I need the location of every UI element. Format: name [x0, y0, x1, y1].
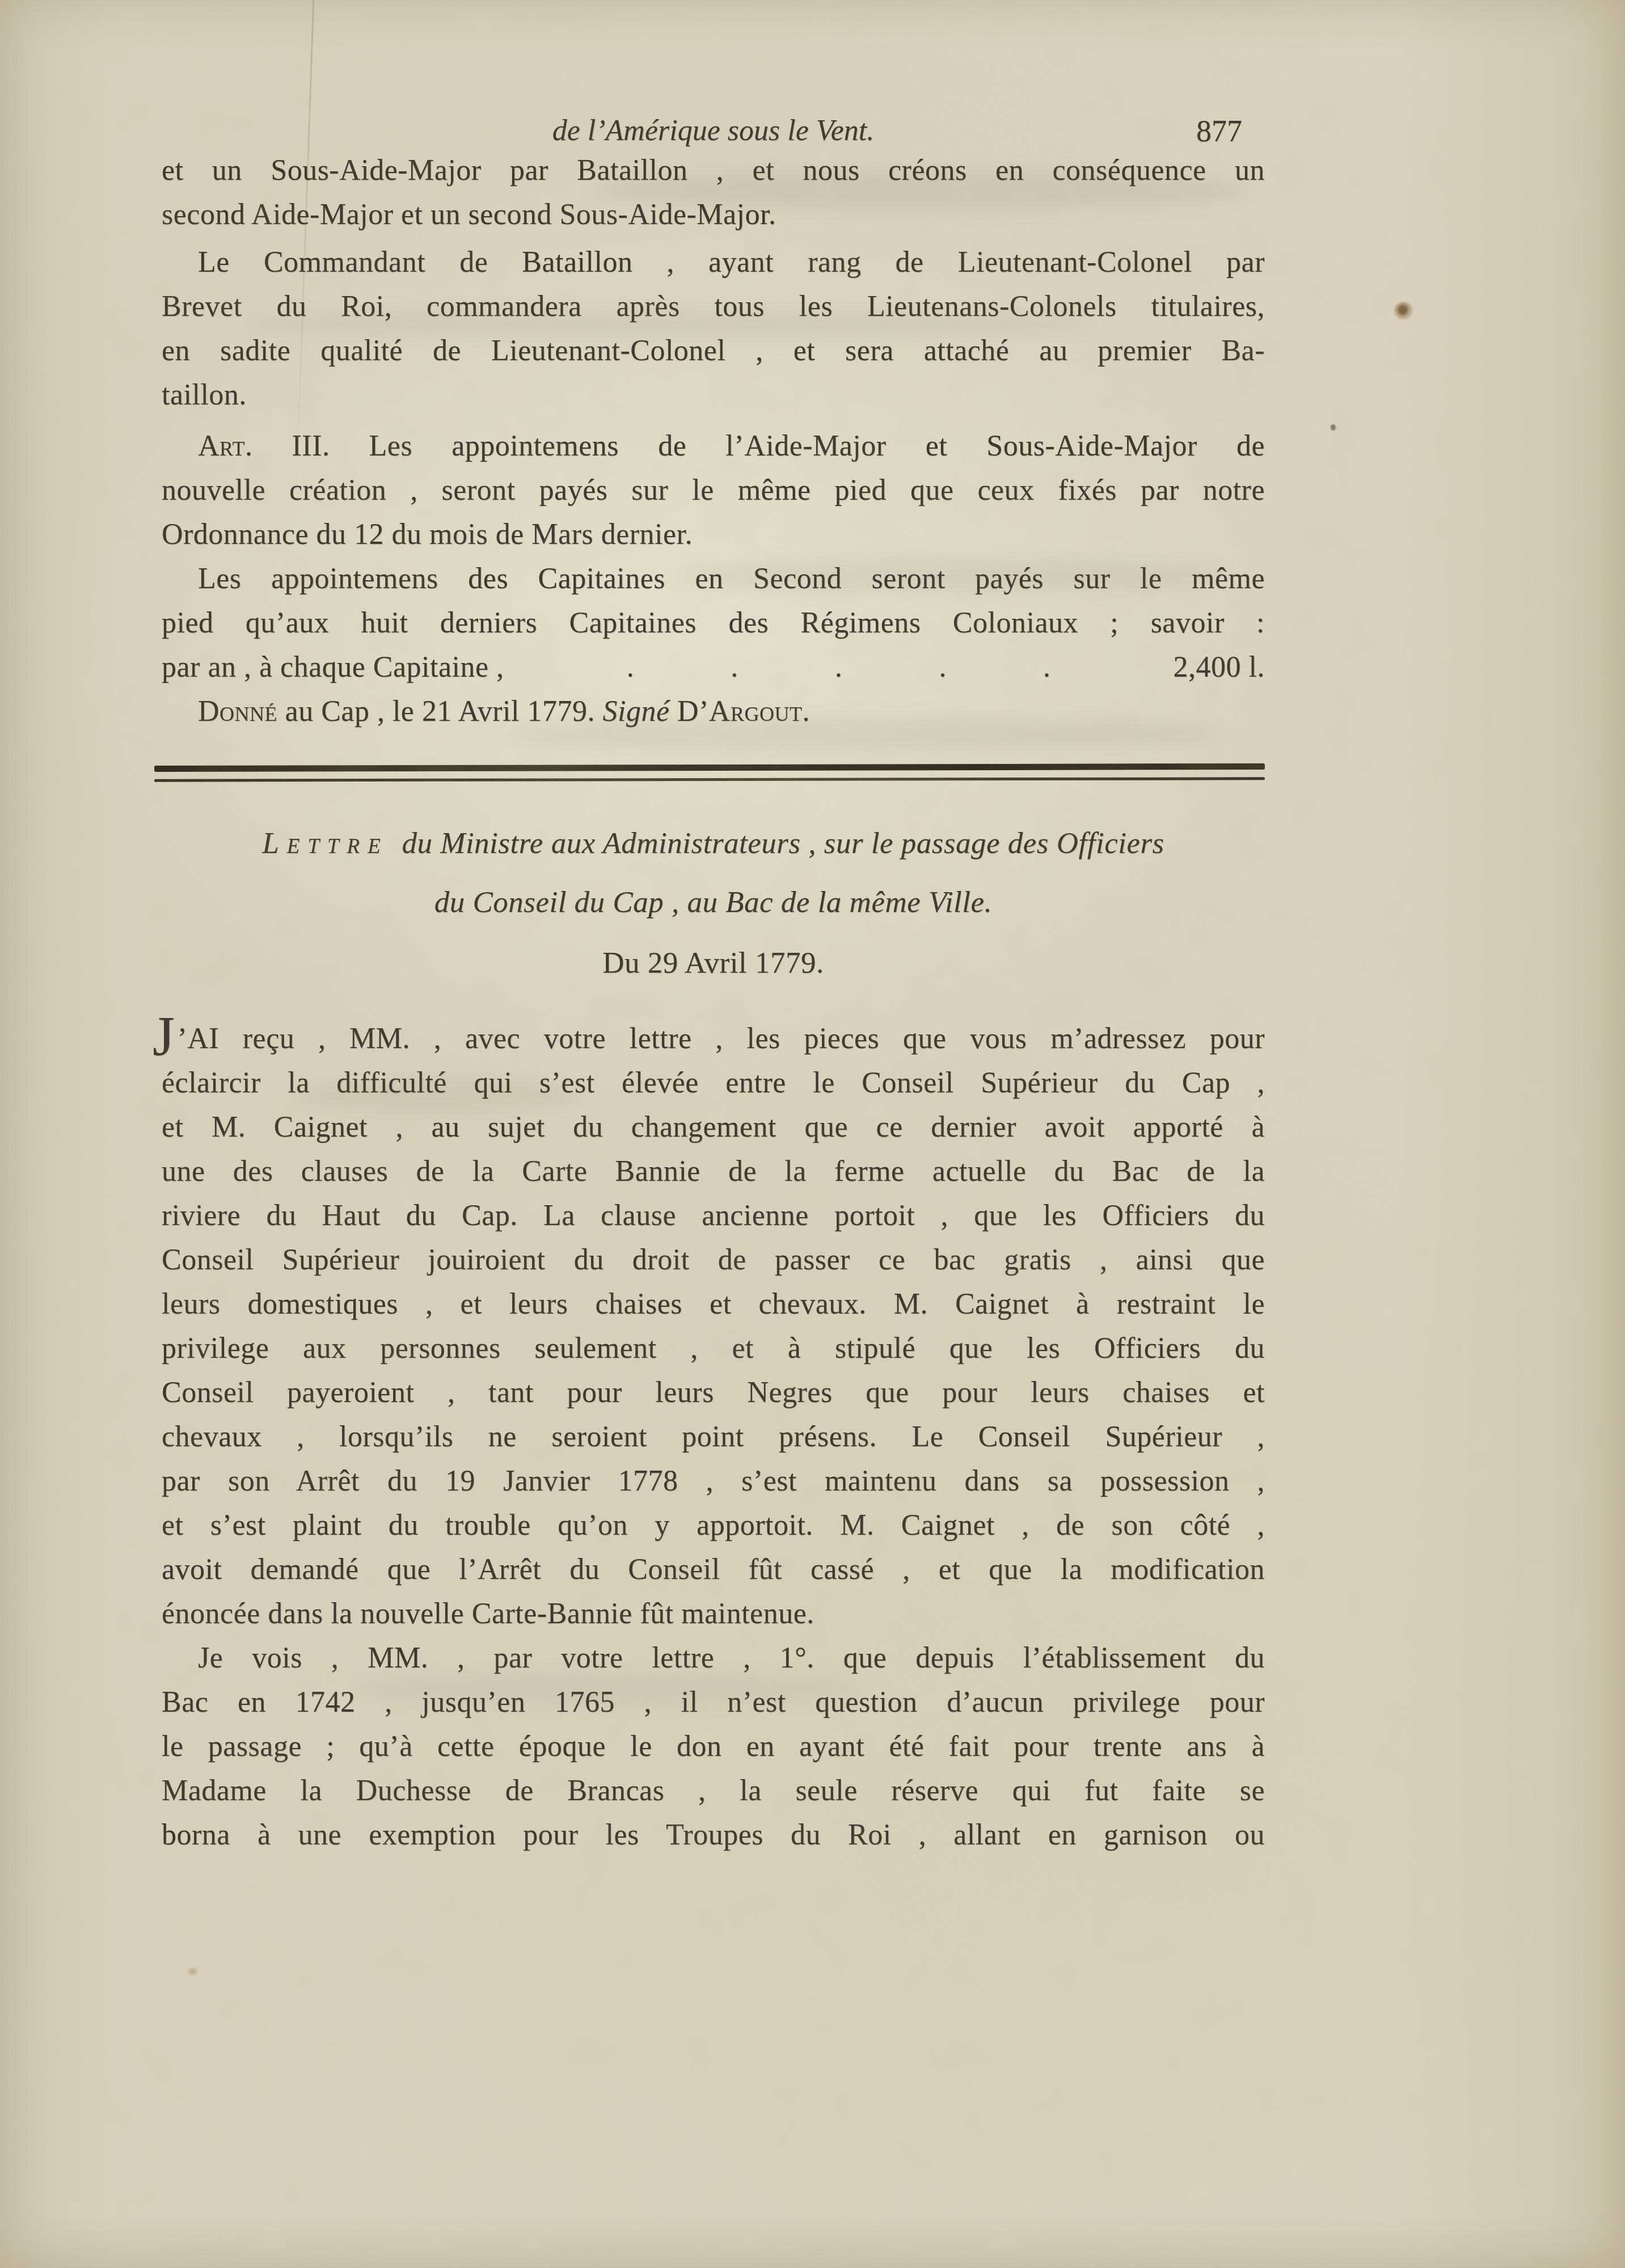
text-line: Conseil payeroient , tant pour leurs Neg… [162, 1371, 1265, 1415]
heading-lead-word: Lettre [262, 827, 388, 860]
text-line: leurs domestiques , et leurs chaises et … [162, 1282, 1265, 1327]
article-first-line-text: Les appointemens de l’Aide-Major et Sous… [330, 430, 1265, 462]
leader-dot: . [1043, 645, 1051, 690]
text-line: privilege aux personnes seulement , et à… [162, 1327, 1265, 1371]
running-header-title: de l’Amérique sous le Vent. [552, 115, 875, 147]
text-line: chevaux , lorsqu’ils ne seroient point p… [162, 1415, 1265, 1459]
text-line: riviere du Haut du Cap. La clause ancien… [162, 1194, 1265, 1238]
text-line: Bac en 1742 , jusqu’en 1765 , il n’est q… [162, 1680, 1265, 1725]
letter-paragraph-1-lines: éclaircir la difficulté qui s’est élevée… [162, 1061, 1265, 1636]
text-line: taillon. [162, 373, 1265, 417]
text-line: et M. Caignet , au sujet du changement q… [162, 1105, 1265, 1150]
text-line: nouvelle création , seront payés sur le … [162, 468, 1265, 513]
ink-stain [1394, 302, 1413, 320]
ordinance-paragraph-commandant: Le Commandant de Bataillon , ayant rang … [162, 240, 1265, 417]
leader-dot: . [835, 645, 843, 690]
text-line: Le Commandant de Bataillon , ayant rang … [162, 240, 1265, 285]
text-line: et un Sous-Aide-Major par Bataillon , et… [162, 149, 1265, 193]
text-line: pied qu’aux huit derniers Capitaines des… [162, 601, 1265, 645]
ordinance-paragraph-continuation: et un Sous-Aide-Major par Bataillon , et… [162, 149, 1265, 237]
signature-place-date: au Cap , le 21 Avril 1779. [277, 695, 602, 728]
text-line: Ordonnance du 12 du mois de Mars dernier… [162, 513, 1265, 557]
text-line: Art. III. Les appointemens de l’Aide-Maj… [162, 424, 1265, 468]
divider-thin-rule [154, 777, 1265, 782]
dot-leader: ..... [504, 645, 1174, 690]
divider-thick-rule [154, 763, 1265, 772]
signature-signed-word: Signé [602, 695, 677, 728]
text-line: Je vois , MM. , par votre lettre , 1°. q… [162, 1636, 1265, 1680]
text-line: Madame la Duchesse de Brancas , la seule… [162, 1769, 1265, 1813]
text-line: en sadite qualité de Lieutenant-Colonel … [162, 329, 1265, 373]
leader-dot: . [731, 645, 738, 690]
section-divider [154, 765, 1265, 781]
text-line: le passage ; qu’à cette époque le don en… [162, 1725, 1265, 1769]
letter-heading: Lettre du Ministre aux Administrateurs ,… [162, 814, 1265, 932]
letter-heading-line-2: du Conseil du Cap , au Bac de la même Vi… [162, 873, 1265, 932]
article-label: Art. III. [198, 430, 330, 462]
letter-paragraph-2: Je vois , MM. , par votre lettre , 1°. q… [162, 1636, 1265, 1857]
text-line: et s’est plaint du trouble qu’on y appor… [162, 1503, 1265, 1548]
text-line: avoit demandé que l’Arrêt du Conseil fût… [162, 1548, 1265, 1592]
signature-signer-name: D’Argout. [677, 695, 810, 728]
fee-line: par an , à chaque Capitaine , ..... 2,40… [162, 645, 1265, 690]
text-line: second Aide-Major et un second Sous-Aide… [162, 193, 1265, 237]
fee-label: par an , à chaque Capitaine , [162, 645, 504, 690]
letter-first-line-text: ’AI reçu , MM. , avec votre lettre , les… [177, 1023, 1265, 1055]
ink-speck [1331, 424, 1336, 430]
leader-dot: . [627, 645, 635, 690]
text-line: J’AI reçu , MM. , avec votre lettre , le… [162, 1017, 1265, 1061]
letter-date-line: Du 29 Avril 1779. [162, 941, 1265, 985]
leader-dot: . [939, 645, 947, 690]
letter-paragraph-1: J’AI reçu , MM. , avec votre lettre , le… [162, 1017, 1265, 1636]
text-line: éclaircir la difficulté qui s’est élevée… [162, 1061, 1265, 1105]
letter-heading-line-1: Lettre du Ministre aux Administrateurs ,… [162, 814, 1265, 873]
text-line: Brevet du Roi, commandera après tous les… [162, 285, 1265, 329]
text-line: Conseil Supérieur jouiroient du droit de… [162, 1238, 1265, 1282]
text-line: Les appointemens des Capitaines en Secon… [162, 557, 1265, 601]
ordinance-paragraph-capitaines: Les appointemens des Capitaines en Secon… [162, 557, 1265, 645]
signature-line: Donné au Cap , le 21 Avril 1779. Signé D… [162, 690, 1265, 734]
fee-amount: 2,400 l. [1174, 645, 1265, 690]
signature-given-word: Donné [198, 695, 277, 728]
text-line: énoncée dans la nouvelle Carte-Bannie fû… [162, 1592, 1265, 1636]
text-line: par son Arrêt du 19 Janvier 1778 , s’est… [162, 1459, 1265, 1503]
foxing-spot [188, 1968, 197, 1975]
heading-line1-text: du Ministre aux Administrateurs , sur le… [394, 827, 1164, 860]
page-number: 877 [1196, 113, 1242, 149]
text-line: une des clauses de la Carte Bannie de la… [162, 1150, 1265, 1194]
page-content: de l’Amérique sous le Vent. 877 et un So… [162, 113, 1265, 1857]
book-page: de l’Amérique sous le Vent. 877 et un So… [0, 0, 1625, 2268]
running-header: de l’Amérique sous le Vent. 877 [162, 113, 1265, 149]
ordinance-article-3: Art. III. Les appointemens de l’Aide-Maj… [162, 424, 1265, 557]
text-line: borna à une exemption pour les Troupes d… [162, 1813, 1265, 1857]
article-3-lines: nouvelle création , seront payés sur le … [162, 468, 1265, 557]
